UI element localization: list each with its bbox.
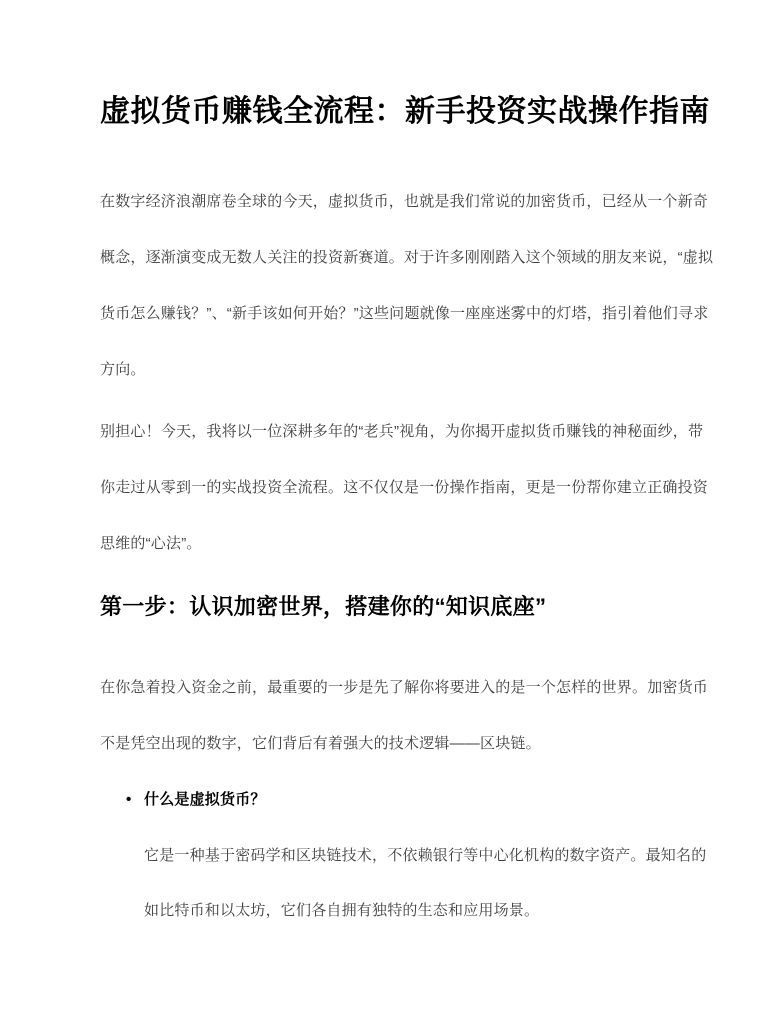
section-heading-step-one: 第一步：认识加密世界，搭建你的“知识底座” [100, 590, 712, 624]
text-line: 概念，逐渐演变成无数人关注的投资新赛道。对于许多刚刚踏入这个领域的朋友来说，“虚… [100, 230, 712, 286]
text-line: 别担心！今天，我将以一位深耕多年的“老兵”视角，为你揭开虚拟货币赚钱的神秘面纱，… [100, 404, 712, 460]
paragraph-intro: 在数字经济浪潮席卷全球的今天，虚拟货币，也就是我们常说的加密货币，已经从一个新奇… [100, 174, 712, 398]
text-line: 思维的“心法”。 [100, 516, 712, 572]
text-line: 你走过从零到一的实战投资全流程。这不仅仅是一份操作指南，更是一份帮你建立正确投资 [100, 460, 712, 516]
text-line: 不是凭空出现的数字，它们背后有着强大的技术逻辑——区块链。 [100, 716, 712, 772]
bullet-body: 它是一种基于密码学和区块链技术，不依赖银行等中心化机构的数字资产。最知名的如比特… [100, 828, 712, 938]
text-line: 方向。 [100, 342, 712, 398]
text-line: 在数字经济浪潮席卷全球的今天，虚拟货币，也就是我们常说的加密货币，已经从一个新奇 [100, 174, 712, 230]
document-page: 虚拟货币赚钱全流程：新手投资实战操作指南 在数字经济浪潮席卷全球的今天，虚拟货币… [0, 0, 768, 1024]
text-line: 在你急着投入资金之前，最重要的一步是先了解你将要进入的是一个怎样的世界。加密货币 [100, 660, 712, 716]
paragraph-step-one-intro: 在你急着投入资金之前，最重要的一步是先了解你将要进入的是一个怎样的世界。加密货币… [100, 660, 712, 772]
document-title: 虚拟货币赚钱全流程：新手投资实战操作指南 [100, 92, 712, 132]
text-line: 如比特币和以太坊，它们各自拥有独特的生态和应用场景。 [144, 883, 712, 938]
bullet-item-what-is-crypto: • 什么是虚拟货币？ 它是一种基于密码学和区块链技术，不依赖银行等中心化机构的数… [100, 772, 712, 938]
text-line: 货币怎么赚钱？”、“新手该如何开始？”这些问题就像一座座迷雾中的灯塔，指引着他们… [100, 286, 712, 342]
document-content: 虚拟货币赚钱全流程：新手投资实战操作指南 在数字经济浪潮席卷全球的今天，虚拟货币… [0, 92, 768, 938]
bullet-label: 什么是虚拟货币？ [144, 772, 266, 828]
paragraph-reassurance: 别担心！今天，我将以一位深耕多年的“老兵”视角，为你揭开虚拟货币赚钱的神秘面纱，… [100, 404, 712, 572]
bullet-row: • 什么是虚拟货币？ [100, 772, 712, 828]
text-line: 它是一种基于密码学和区块链技术，不依赖银行等中心化机构的数字资产。最知名的 [144, 828, 712, 883]
bullet-icon: • [126, 772, 144, 828]
